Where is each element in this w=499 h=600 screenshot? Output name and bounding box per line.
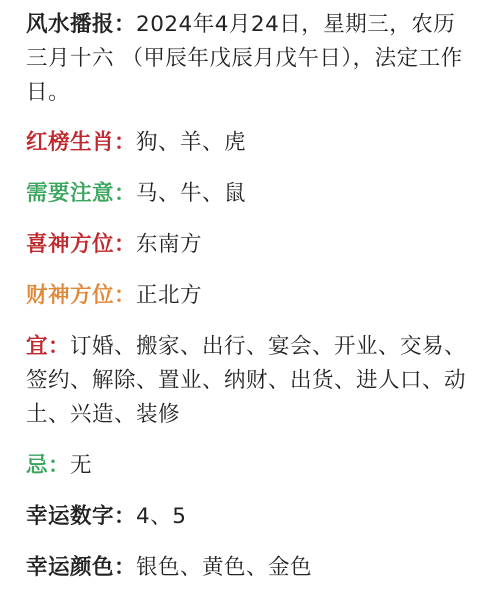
lucky-zodiac-label: 红榜生肖：	[26, 130, 136, 155]
joy-god-direction-value: 东南方	[136, 232, 202, 257]
row-lucky-color: 幸运颜色：银色、黄色、金色	[26, 551, 476, 585]
suitable-label: 宜：	[26, 334, 70, 359]
fengshui-report: 风水播报：2024年4月24日，星期三，农历三月十六 （甲辰年戊辰月戊午日），法…	[26, 8, 476, 600]
lucky-color-label: 幸运颜色：	[26, 555, 136, 580]
row-avoid: 忌：无	[26, 449, 476, 483]
lucky-number-value: 4、5	[136, 504, 186, 529]
lucky-number-label: 幸运数字：	[26, 504, 136, 529]
row-caution-zodiac: 需要注意：马、牛、鼠	[26, 177, 476, 211]
intro-label: 风水播报：	[26, 12, 136, 37]
wealth-god-direction-label: 财神方位：	[26, 283, 136, 308]
suitable-value: 订婚、搬家、出行、宴会、开业、交易、签约、解除、置业、纳财、出货、进人口、动土、…	[26, 334, 466, 427]
avoid-value: 无	[70, 453, 92, 478]
avoid-label: 忌：	[26, 453, 70, 478]
row-lucky-zodiac: 红榜生肖：狗、羊、虎	[26, 126, 476, 160]
caution-zodiac-label: 需要注意：	[26, 181, 136, 206]
lucky-zodiac-value: 狗、羊、虎	[136, 130, 246, 155]
row-suitable: 宜：订婚、搬家、出行、宴会、开业、交易、签约、解除、置业、纳财、出货、进人口、动…	[26, 330, 476, 432]
row-lucky-number: 幸运数字：4、5	[26, 500, 476, 534]
lucky-color-value: 银色、黄色、金色	[136, 555, 312, 580]
joy-god-direction-label: 喜神方位：	[26, 232, 136, 257]
row-wealth-god-direction: 财神方位：正北方	[26, 279, 476, 313]
row-joy-god-direction: 喜神方位：东南方	[26, 228, 476, 262]
wealth-god-direction-value: 正北方	[136, 283, 202, 308]
intro-paragraph: 风水播报：2024年4月24日，星期三，农历三月十六 （甲辰年戊辰月戊午日），法…	[26, 8, 476, 110]
caution-zodiac-value: 马、牛、鼠	[136, 181, 246, 206]
